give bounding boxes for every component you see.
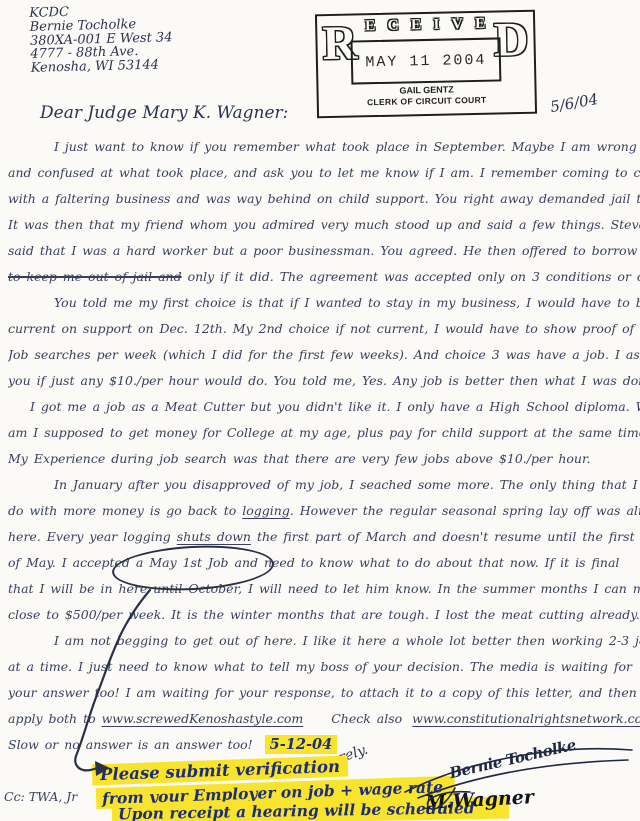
letter-body: I just want to know if you remember what… — [8, 134, 640, 758]
body-line-6: to keep me out of jail and only if it di… — [8, 264, 640, 290]
underlined-word: logging — [242, 503, 290, 518]
circled-text: a May 1st Job — [136, 555, 229, 570]
body-line-20: I am not begging to get out of here. I l… — [8, 628, 640, 654]
cc-line: Cc: TWA, Jr — [4, 789, 77, 804]
received-stamp: R E C E I V E D MAY 11 2004 GAIL GENTZ C… — [315, 10, 537, 119]
struck-text: to keep me out of jail and — [8, 269, 182, 284]
stamp-letters-eceive: E C E I V E — [365, 15, 485, 36]
judge-signature: M.Wagner — [424, 786, 534, 814]
body-line-9: Job searches per week (which I did for t… — [8, 342, 640, 368]
body-line-10: you if just any $10./per hour would do. … — [8, 368, 640, 394]
body-line-14: In January after you disapproved of my j… — [8, 472, 640, 498]
body-line-8: current on support on Dec. 12th. My 2nd … — [8, 316, 640, 342]
body-line-15: do with more money is go back to logging… — [8, 498, 640, 524]
body-line-7: You told me my first choice is that if I… — [8, 290, 640, 316]
sender-address-block: KCDC Bernie Tocholke 380XA-001 E West 34… — [29, 3, 173, 76]
sender-line: Kenosha, WI 53144 — [31, 58, 174, 76]
body-line-1: I just want to know if you remember what… — [8, 134, 640, 160]
body-line-19: close to $500/per week. It is the winter… — [8, 602, 640, 628]
body-line-18: that I will be in here until October, I … — [8, 576, 640, 602]
handwritten-date: 5/6/04 — [549, 90, 600, 116]
body-line-23: apply both to www.screwedKenoshastyle.co… — [8, 706, 640, 732]
body-line-17: of May. I accepted a May 1st Job and nee… — [8, 550, 640, 576]
body-line-4: It was then that my friend whom you admi… — [8, 212, 640, 238]
body-line-12: am I supposed to get money for College a… — [8, 420, 640, 446]
underlined-word: shuts down — [177, 529, 251, 544]
stamp-date-box: MAY 11 2004 — [350, 37, 501, 84]
highlighted-date: 5-12-04 — [265, 735, 337, 754]
url-constitutionalrightsnetwork: www.constitutionalrightsnetwork.com — [412, 711, 640, 726]
body-line-11: I got me a job as a Meat Cutter but you … — [8, 394, 640, 420]
body-line-16: here. Every year logging shuts down the … — [8, 524, 640, 550]
scanned-letter-page: { "sender": { "lines": ["KCDC", "Bernie … — [0, 0, 640, 821]
body-line-22: your answer too! I am waiting for your r… — [8, 680, 640, 706]
url-screwedkenoshastyle: www.screwedKenoshastyle.com — [102, 711, 304, 726]
body-line-21: at a time. I just need to know what to t… — [8, 654, 640, 680]
body-line-3: with a faltering business and was way be… — [8, 186, 640, 212]
body-line-5: said that I was a hard worker but a poor… — [8, 238, 640, 264]
stamp-date: MAY 11 2004 — [365, 51, 486, 71]
body-line-2: and confused at what took place, and ask… — [8, 160, 640, 186]
body-line-13: My Experience during job search was that… — [8, 446, 640, 472]
salutation: Dear Judge Mary K. Wagner: — [40, 103, 288, 123]
